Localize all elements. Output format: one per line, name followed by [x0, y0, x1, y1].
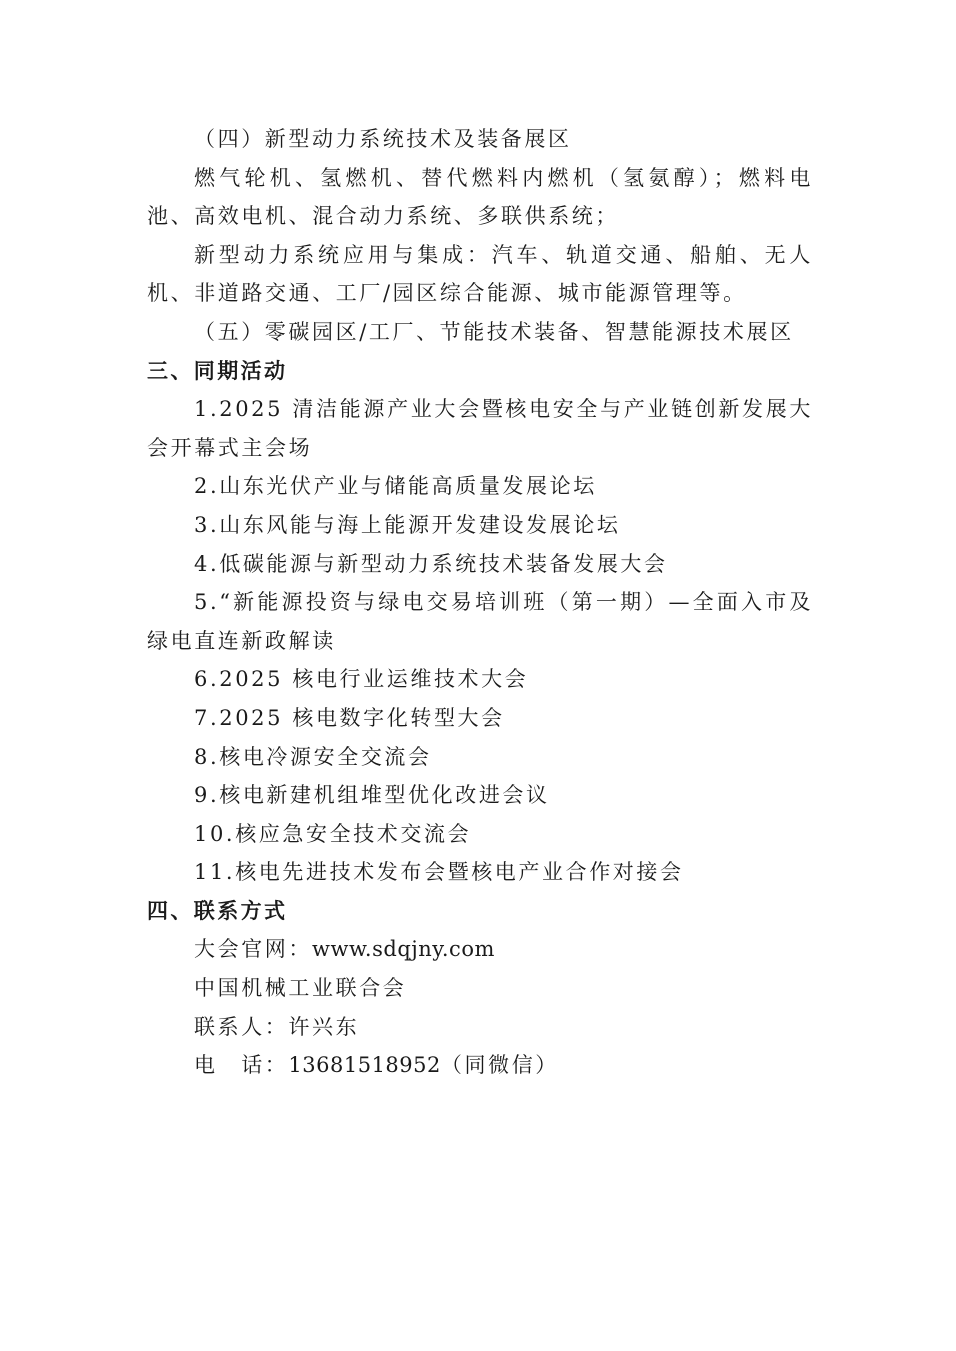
activity-item: 11.核电先进技术发布会暨核电产业合作对接会	[147, 853, 813, 892]
phone-line: 电 话：13681518952（同微信）	[147, 1046, 813, 1085]
phone-number: 13681518952	[288, 1053, 440, 1077]
activity-item: 10.核应急安全技术交流会	[147, 815, 813, 854]
activities-heading: 三、同期活动	[147, 352, 813, 391]
activity-item: 3.山东风能与海上能源开发建设发展论坛	[147, 506, 813, 545]
contact-person-line: 联系人：许兴东	[147, 1008, 813, 1047]
subsection-5-title: （五）零碳园区/工厂、节能技术装备、智慧能源技术展区	[147, 313, 813, 352]
website-link[interactable]: www.sdqjny.com	[312, 937, 495, 961]
contact-heading: 四、联系方式	[147, 892, 813, 931]
activity-item: 2.山东光伏产业与储能高质量发展论坛	[147, 467, 813, 506]
activity-item: 1.2025 清洁能源产业大会暨核电安全与产业链创新发展大会开幕式主会场	[147, 390, 813, 467]
activity-item: 8.核电冷源安全交流会	[147, 738, 813, 777]
document-page: （四）新型动力系统技术及装备展区 燃气轮机、氢燃机、替代燃料内燃机（氢氨醇）；燃…	[147, 120, 813, 1085]
activity-item: 6.2025 核电行业运维技术大会	[147, 660, 813, 699]
subsection-4-paragraph-1: 燃气轮机、氢燃机、替代燃料内燃机（氢氨醇）；燃料电池、高效电机、混合动力系统、多…	[147, 159, 813, 236]
phone-note: （同微信）	[441, 1053, 559, 1077]
activity-item: 7.2025 核电数字化转型大会	[147, 699, 813, 738]
subsection-4-paragraph-2: 新型动力系统应用与集成：汽车、轨道交通、船舶、无人机、非道路交通、工厂/园区综合…	[147, 236, 813, 313]
activity-item: 5.“新能源投资与绿电交易培训班（第一期）—全面入市及绿电直连新政解读	[147, 583, 813, 660]
activity-item: 4.低碳能源与新型动力系统技术装备发展大会	[147, 545, 813, 584]
contact-label: 联系人：	[194, 1015, 288, 1039]
contact-name: 许兴东	[288, 1015, 359, 1039]
phone-label: 电 话：	[194, 1053, 288, 1077]
website-line: 大会官网：www.sdqjny.com	[147, 930, 813, 969]
website-label: 大会官网：	[194, 937, 312, 961]
subsection-4-title: （四）新型动力系统技术及装备展区	[147, 120, 813, 159]
activity-item: 9.核电新建机组堆型优化改进会议	[147, 776, 813, 815]
organization-line: 中国机械工业联合会	[147, 969, 813, 1008]
